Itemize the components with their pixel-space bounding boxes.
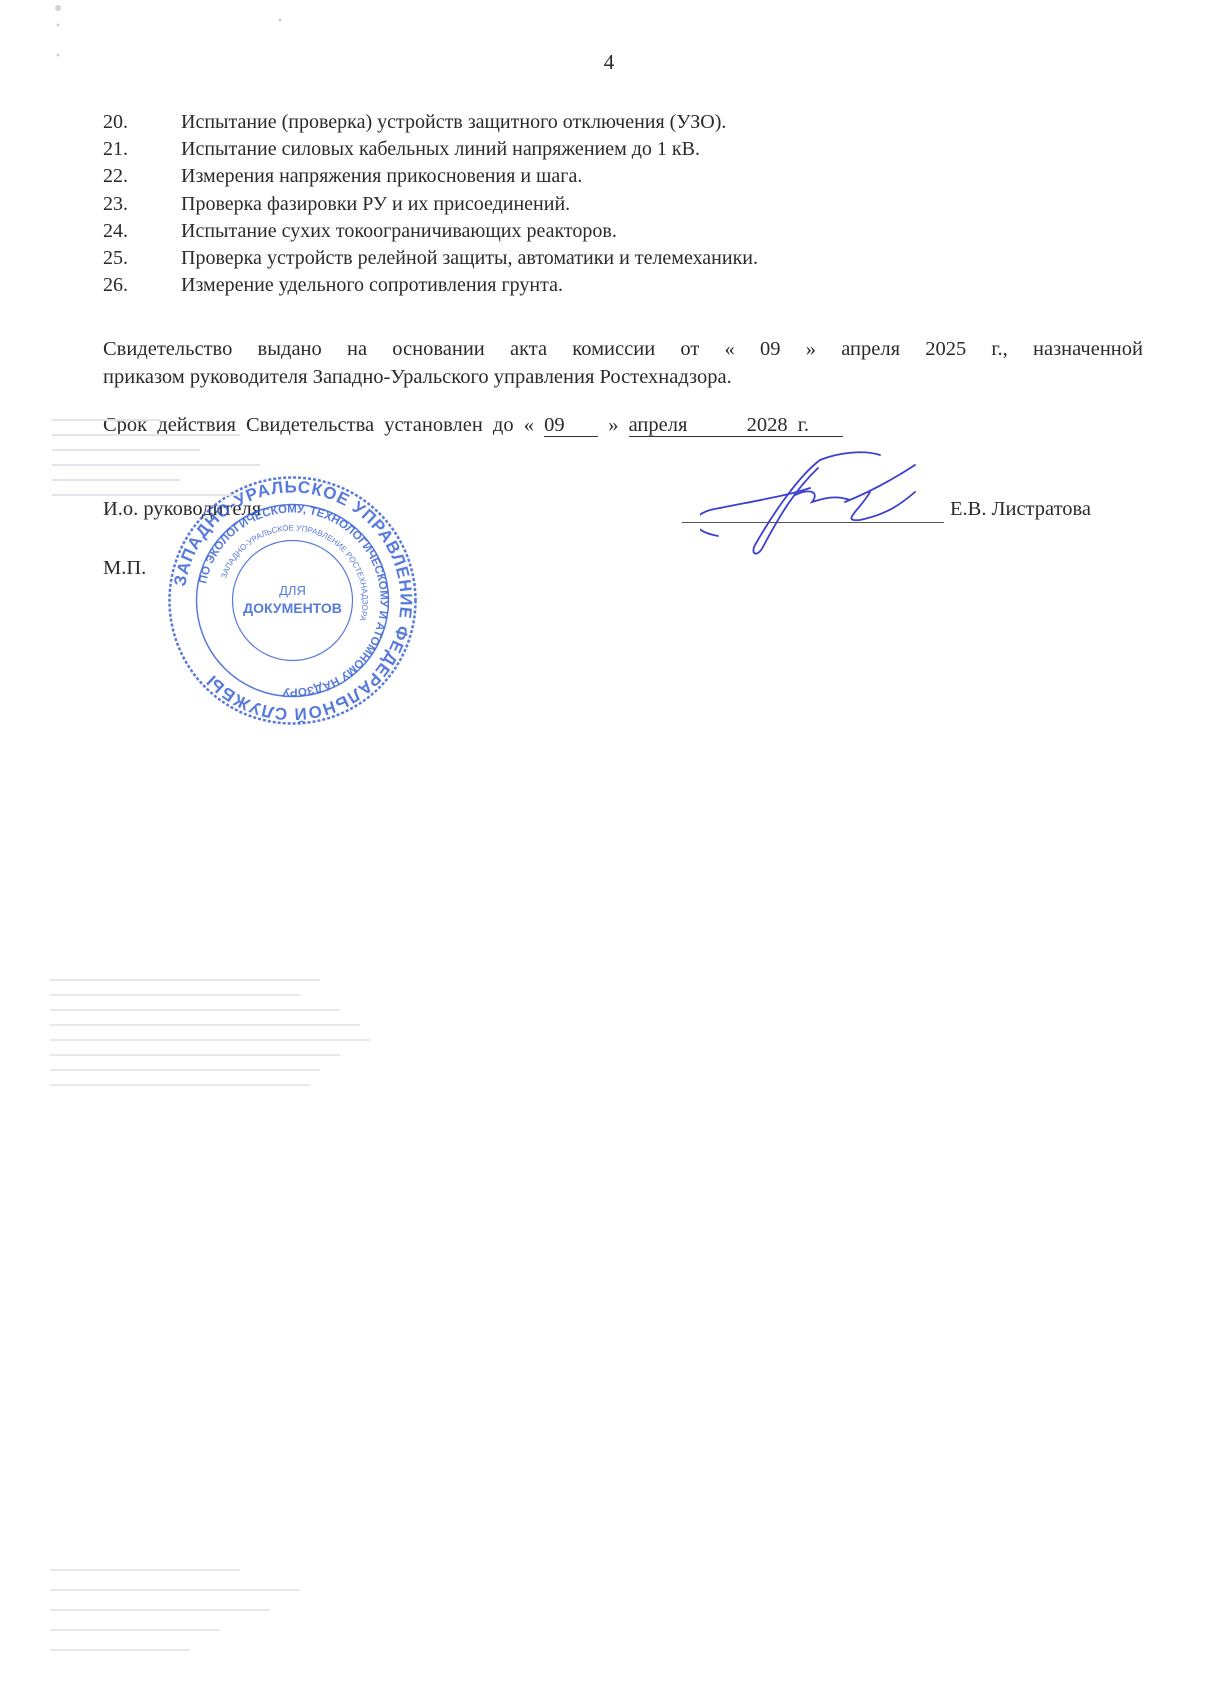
validity-suffix: г. [798,414,809,436]
validity-day: 09 [544,414,598,437]
test-list: 20.Испытание (проверка) устройств защитн… [103,109,758,299]
list-item-text: Измерения напряжения прикосновения и шаг… [181,163,582,190]
signer-name: Е.В. Листратова [950,498,1091,521]
list-item-number: 21. [103,136,181,163]
list-item-text: Испытание силовых кабельных линий напряж… [181,136,700,163]
list-item: 24.Испытание сухих токоограничивающих ре… [103,218,758,245]
list-item-text: Измерение удельного сопротивления грунта… [181,272,563,299]
scan-noise [40,0,490,80]
svg-text:ДОКУМЕНТОВ: ДОКУМЕНТОВ [243,600,342,616]
list-item: 25.Проверка устройств релейной защиты, а… [103,245,758,272]
list-item-text: Проверка устройств релейной защиты, авто… [181,245,758,272]
list-item-number: 22. [103,163,181,190]
validity-year-wrap: 2028 г. [747,414,843,437]
scan-noise [40,1550,490,1700]
validity-quote: » [608,414,618,436]
basis-line-2: приказом руководителя Западно-Уральского… [103,366,732,388]
scan-noise [40,410,490,550]
list-item-text: Испытание (проверка) устройств защитного… [181,109,726,136]
list-item-text: Проверка фазировки РУ и их присоединений… [181,191,570,218]
basis-line-1: Свидетельство выдано на основании акта к… [103,336,1143,364]
list-item-number: 23. [103,191,181,218]
validity-year: 2028 [747,414,788,436]
list-item-number: 24. [103,218,181,245]
list-item: 20.Испытание (проверка) устройств защитн… [103,109,758,136]
list-item-number: 20. [103,109,181,136]
list-item: 23.Проверка фазировки РУ и их присоедине… [103,191,758,218]
scan-noise [40,940,490,1140]
list-item: 26.Измерение удельного сопротивления гру… [103,272,758,299]
validity-month: апреля [629,414,747,437]
list-item-text: Испытание сухих токоограничивающих реакт… [181,218,617,245]
basis-paragraph: Свидетельство выдано на основании акта к… [103,336,1143,391]
svg-text:ДЛЯ: ДЛЯ [279,583,306,598]
list-item: 21.Испытание силовых кабельных линий нап… [103,136,758,163]
list-item-number: 26. [103,272,181,299]
seal-label: М.П. [103,557,146,580]
list-item-number: 25. [103,245,181,272]
list-item: 22.Измерения напряжения прикосновения и … [103,163,758,190]
